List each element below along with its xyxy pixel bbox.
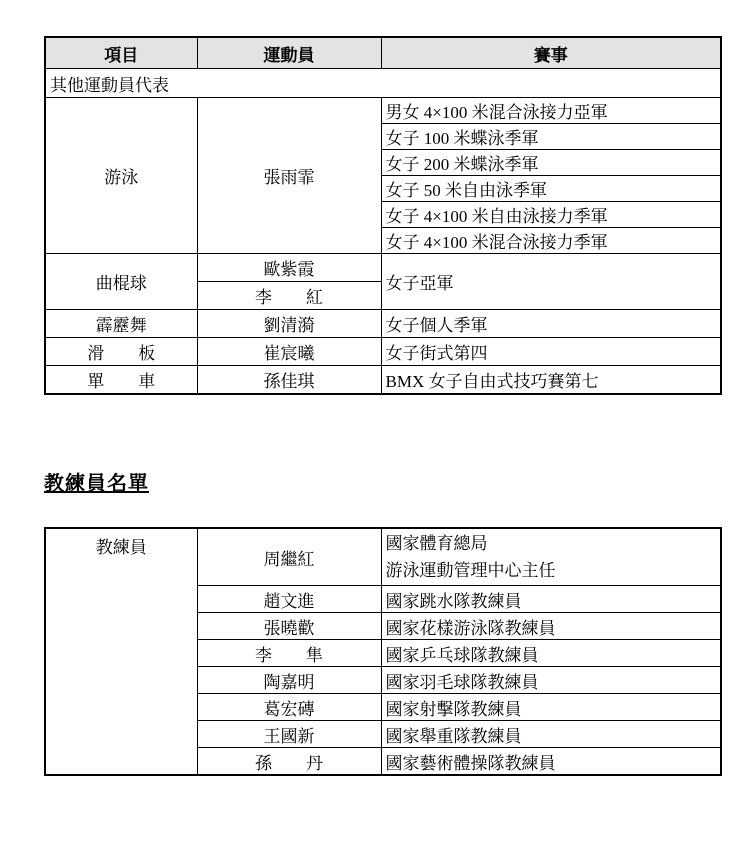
coach-name-cell: 王國新 [197,721,381,748]
document-page: 項目 運動員 賽事 其他運動員代表 游泳 張雨霏 男女 4×100 米混合泳接力… [0,0,740,854]
section-title: 其他運動員代表 [45,69,721,98]
hockey-athlete2-cell: 李 紅 [197,282,381,310]
coach-name-cell: 李 隼 [197,640,381,667]
skateboard-item-cell: 滑 板 [45,338,197,366]
swimming-row-1: 游泳 張雨霏 男女 4×100 米混合泳接力亞軍 [45,98,721,124]
coach-title-line-2: 游泳運動管理中心主任 [386,557,717,584]
swimming-event-cell: 女子 4×100 米混合泳接力季軍 [381,228,721,254]
breaking-row: 霹靂舞 劉清漪 女子個人季軍 [45,310,721,338]
coach-title-cell: 國家舉重隊教練員 [381,721,721,748]
coach-title-cell: 國家跳水隊教練員 [381,586,721,613]
coach-title-line-1: 國家體育總局 [386,530,717,557]
breaking-athlete-cell: 劉清漪 [197,310,381,338]
coach-name-cell: 陶嘉明 [197,667,381,694]
swimming-event-cell: 女子 200 米蝶泳季軍 [381,150,721,176]
header-item: 項目 [45,37,197,69]
header-event: 賽事 [381,37,721,69]
coach-title-cell: 國家花樣游泳隊教練員 [381,613,721,640]
coach-title-cell: 國家射擊隊教練員 [381,694,721,721]
coach-name-cell: 張曉歡 [197,613,381,640]
coach-name-cell: 周繼紅 [197,528,381,586]
coaches-table: 教練員 周繼紅 國家體育總局 游泳運動管理中心主任 趙文進 國家跳水隊教練員 張… [44,527,722,776]
hockey-athlete1-cell: 歐紫霞 [197,254,381,282]
coach-row-1: 教練員 周繼紅 國家體育總局 游泳運動管理中心主任 [45,528,721,586]
skateboard-athlete-cell: 崔宸曦 [197,338,381,366]
skateboard-row: 滑 板 崔宸曦 女子街式第四 [45,338,721,366]
coach-title-cell: 國家羽毛球隊教練員 [381,667,721,694]
section-row-other-athletes: 其他運動員代表 [45,69,721,98]
skateboard-event-cell: 女子街式第四 [381,338,721,366]
coach-group-cell: 教練員 [45,528,197,775]
breaking-item-cell: 霹靂舞 [45,310,197,338]
cycling-item-cell: 單 車 [45,366,197,395]
swimming-athlete-cell: 張雨霏 [197,98,381,254]
cycling-row: 單 車 孫佳琪 BMX 女子自由式技巧賽第七 [45,366,721,395]
coach-title-cell: 國家體育總局 游泳運動管理中心主任 [381,528,721,586]
coach-title-cell: 國家乒乓球隊教練員 [381,640,721,667]
athletes-results-table: 項目 運動員 賽事 其他運動員代表 游泳 張雨霏 男女 4×100 米混合泳接力… [44,36,722,395]
swimming-event-cell: 女子 4×100 米自由泳接力季軍 [381,202,721,228]
coach-name-cell: 孫 丹 [197,748,381,776]
breaking-event-cell: 女子個人季軍 [381,310,721,338]
coach-name-cell: 葛宏磚 [197,694,381,721]
coaches-list-heading: 教練員名單 [44,467,149,496]
hockey-item-cell: 曲棍球 [45,254,197,310]
hockey-row-1: 曲棍球 歐紫霞 女子亞軍 [45,254,721,282]
hockey-event-cell: 女子亞軍 [381,254,721,310]
swimming-item-cell: 游泳 [45,98,197,254]
cycling-event-cell: BMX 女子自由式技巧賽第七 [381,366,721,395]
coach-title-cell: 國家藝術體操隊教練員 [381,748,721,776]
swimming-event-cell: 女子 100 米蝶泳季軍 [381,124,721,150]
swimming-event-cell: 女子 50 米自由泳季軍 [381,176,721,202]
swimming-event-cell: 男女 4×100 米混合泳接力亞軍 [381,98,721,124]
cycling-athlete-cell: 孫佳琪 [197,366,381,395]
athletes-table-header-row: 項目 運動員 賽事 [45,37,721,69]
coach-name-cell: 趙文進 [197,586,381,613]
header-athlete: 運動員 [197,37,381,69]
